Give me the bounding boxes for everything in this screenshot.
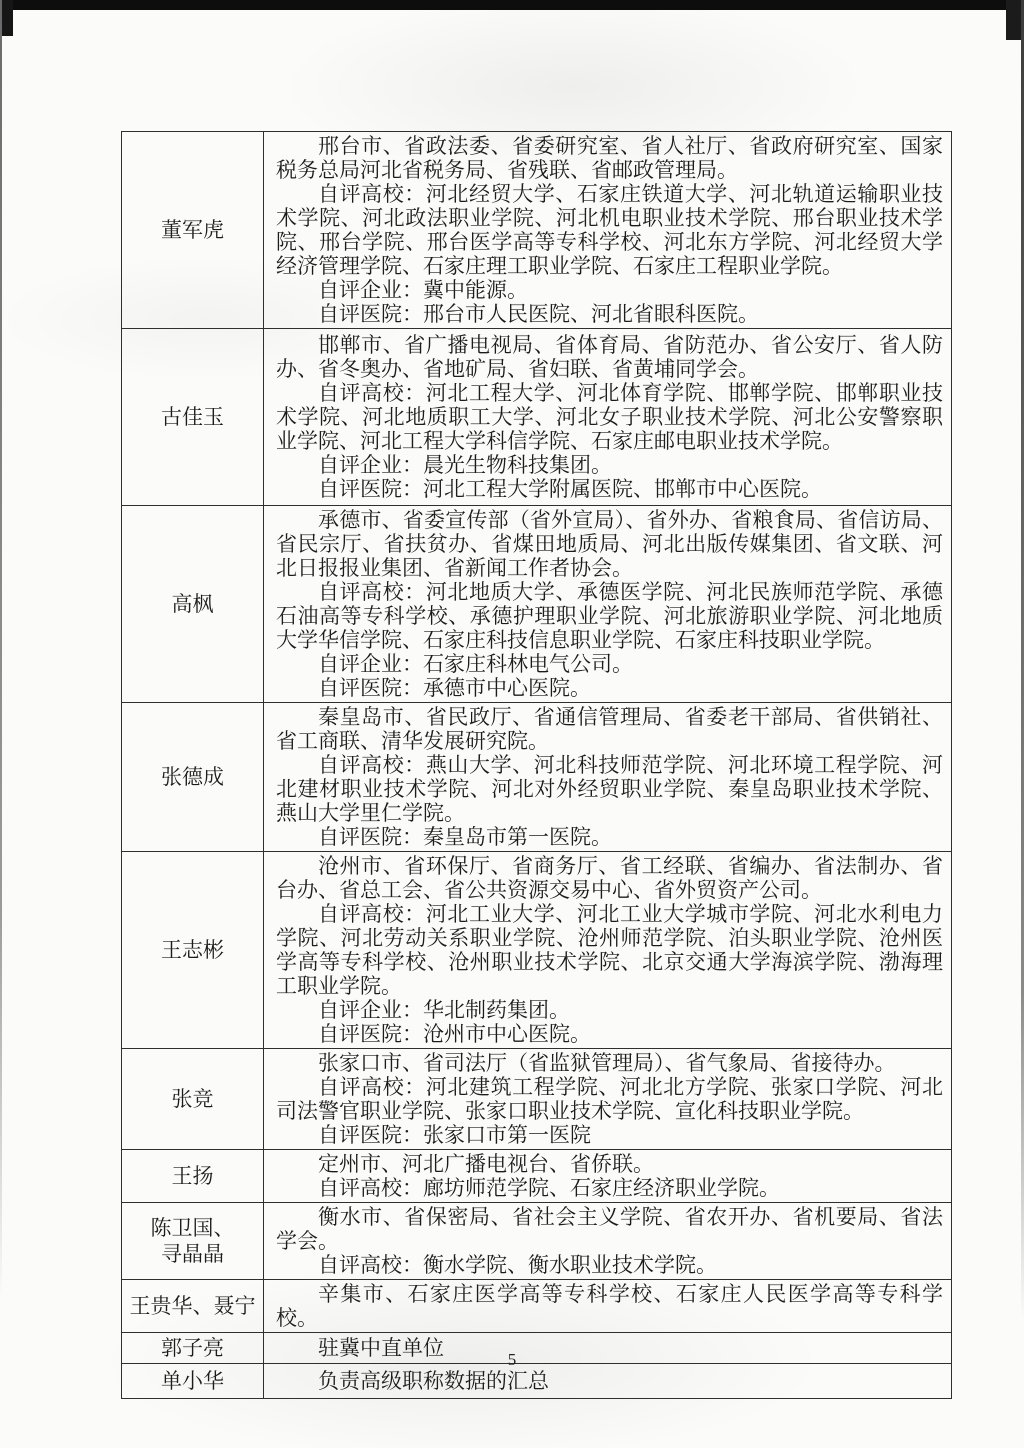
assignee-name: 张竞 [122, 1049, 264, 1150]
assignment-paragraph: 邢台市、省政法委、省委研究室、省人社厅、省政府研究室、国家税务总局河北省税务局、… [276, 134, 943, 182]
assignment-paragraph: 自评高校：河北建筑工程学院、河北北方学院、张家口学院、河北司法警官职业学院、张家… [276, 1075, 943, 1123]
assignment-paragraph: 自评高校：廊坊师范学院、石家庄经济职业学院。 [276, 1176, 943, 1200]
assignee-name: 陈卫国、 寻晶晶 [122, 1203, 264, 1280]
assignment-paragraph: 邯郸市、省广播电视局、省体育局、省防范办、省公安厅、省人防办、省冬奥办、省地矿局… [276, 333, 943, 381]
assignment-paragraph: 承德市、省委宣传部（省外宣局）、省外办、省粮食局、省信访局、省民宗厅、省扶贫办、… [276, 508, 943, 580]
table-row: 王志彬 沧州市、省环保厅、省商务厅、省工经联、省编办、省法制办、省台办、省总工会… [122, 852, 952, 1049]
table-row: 王扬 定州市、河北广播电视台、省侨联。 自评高校：廊坊师范学院、石家庄经济职业学… [122, 1150, 952, 1203]
assignment-paragraph: 自评医院：张家口市第一医院 [276, 1123, 943, 1147]
table-row: 古佳玉 邯郸市、省广播电视局、省体育局、省防范办、省公安厅、省人防办、省冬奥办、… [122, 329, 952, 506]
assignment-paragraph: 自评高校：河北工程大学、河北体育学院、邯郸学院、邯郸职业技术学院、河北地质职工大… [276, 381, 943, 453]
page-number: 5 [0, 1350, 1024, 1370]
scan-edge-left [0, 0, 2, 1300]
scan-edge-top [0, 0, 1024, 10]
assignee-name: 王贵华、聂宁 [122, 1280, 264, 1333]
assignment-paragraph: 定州市、河北广播电视台、省侨联。 [276, 1152, 943, 1176]
table-row: 高枫 承德市、省委宣传部（省外宣局）、省外办、省粮食局、省信访局、省民宗厅、省扶… [122, 506, 952, 703]
assignment-details: 邢台市、省政法委、省委研究室、省人社厅、省政府研究室、国家税务总局河北省税务局、… [264, 132, 952, 329]
table-row: 陈卫国、 寻晶晶 衡水市、省保密局、省社会主义学院、省农开办、省机要局、省法学会… [122, 1203, 952, 1280]
assignee-name: 王扬 [122, 1150, 264, 1203]
assignment-details: 定州市、河北广播电视台、省侨联。 自评高校：廊坊师范学院、石家庄经济职业学院。 [264, 1150, 952, 1203]
assignment-paragraph: 沧州市、省环保厅、省商务厅、省工经联、省编办、省法制办、省台办、省总工会、省公共… [276, 854, 943, 902]
assignment-paragraph: 负责高级职称数据的汇总 [276, 1369, 943, 1393]
assignment-paragraph: 自评企业：冀中能源。 [276, 278, 943, 302]
assignment-paragraph: 自评高校：衡水学院、衡水职业技术学院。 [276, 1253, 943, 1277]
assignee-name: 董军虎 [122, 132, 264, 329]
scanned-document: { "page": { "number": "5" }, "table": { … [0, 0, 1024, 1448]
assignment-paragraph: 自评高校：燕山大学、河北科技师范学院、河北环境工程学院、河北建材职业技术学院、河… [276, 753, 943, 825]
assignment-paragraph: 自评企业：华北制药集团。 [276, 998, 943, 1022]
assignment-paragraph: 张家口市、省司法厅（省监狱管理局）、省气象局、省接待办。 [276, 1051, 943, 1075]
assignment-paragraph: 自评企业：石家庄科林电气公司。 [276, 652, 943, 676]
assignment-paragraph: 秦皇岛市、省民政厅、省通信管理局、省委老干部局、省供销社、省工商联、清华发展研究… [276, 705, 943, 753]
assignment-paragraph: 自评高校：河北地质大学、承德医学院、河北民族师范学院、承德石油高等专科学校、承德… [276, 580, 943, 652]
assignment-paragraph: 自评医院：河北工程大学附属医院、邯郸市中心医院。 [276, 477, 943, 501]
assignment-details: 邯郸市、省广播电视局、省体育局、省防范办、省公安厅、省人防办、省冬奥办、省地矿局… [264, 329, 952, 506]
assignment-details: 承德市、省委宣传部（省外宣局）、省外办、省粮食局、省信访局、省民宗厅、省扶贫办、… [264, 506, 952, 703]
assignment-paragraph: 自评高校：河北工业大学、河北工业大学城市学院、河北水利电力学院、河北劳动关系职业… [276, 902, 943, 998]
table-row: 王贵华、聂宁 辛集市、石家庄医学高等专科学校、石家庄人民医学高等专科学校。 [122, 1280, 952, 1333]
assignment-paragraph: 自评医院：承德市中心医院。 [276, 676, 943, 700]
table-row: 张竞 张家口市、省司法厅（省监狱管理局）、省气象局、省接待办。 自评高校：河北建… [122, 1049, 952, 1150]
table-row: 董军虎 邢台市、省政法委、省委研究室、省人社厅、省政府研究室、国家税务总局河北省… [122, 132, 952, 329]
assignee-name: 张德成 [122, 703, 264, 852]
table-row: 张德成 秦皇岛市、省民政厅、省通信管理局、省委老干部局、省供销社、省工商联、清华… [122, 703, 952, 852]
assignment-details: 辛集市、石家庄医学高等专科学校、石家庄人民医学高等专科学校。 [264, 1280, 952, 1333]
assignment-details: 沧州市、省环保厅、省商务厅、省工经联、省编办、省法制办、省台办、省总工会、省公共… [264, 852, 952, 1049]
assignment-paragraph: 自评高校：河北经贸大学、石家庄铁道大学、河北轨道运输职业技术学院、河北政法职业学… [276, 182, 943, 278]
assignment-details: 张家口市、省司法厅（省监狱管理局）、省气象局、省接待办。 自评高校：河北建筑工程… [264, 1049, 952, 1150]
assignee-name: 高枫 [122, 506, 264, 703]
assignment-paragraph: 自评医院：沧州市中心医院。 [276, 1022, 943, 1046]
assignment-details: 秦皇岛市、省民政厅、省通信管理局、省委老干部局、省供销社、省工商联、清华发展研究… [264, 703, 952, 852]
assignee-name: 王志彬 [122, 852, 264, 1049]
assignment-table: 董军虎 邢台市、省政法委、省委研究室、省人社厅、省政府研究室、国家税务总局河北省… [121, 131, 952, 1399]
assignment-paragraph: 自评医院：邢台市人民医院、河北省眼科医院。 [276, 302, 943, 326]
assignment-details: 衡水市、省保密局、省社会主义学院、省农开办、省机要局、省法学会。 自评高校：衡水… [264, 1203, 952, 1280]
assignment-paragraph: 辛集市、石家庄医学高等专科学校、石家庄人民医学高等专科学校。 [276, 1282, 943, 1330]
assignment-paragraph: 自评医院：秦皇岛市第一医院。 [276, 825, 943, 849]
assignee-name: 古佳玉 [122, 329, 264, 506]
assignment-paragraph: 自评企业：晨光生物科技集团。 [276, 453, 943, 477]
assignment-paragraph: 衡水市、省保密局、省社会主义学院、省农开办、省机要局、省法学会。 [276, 1205, 943, 1253]
